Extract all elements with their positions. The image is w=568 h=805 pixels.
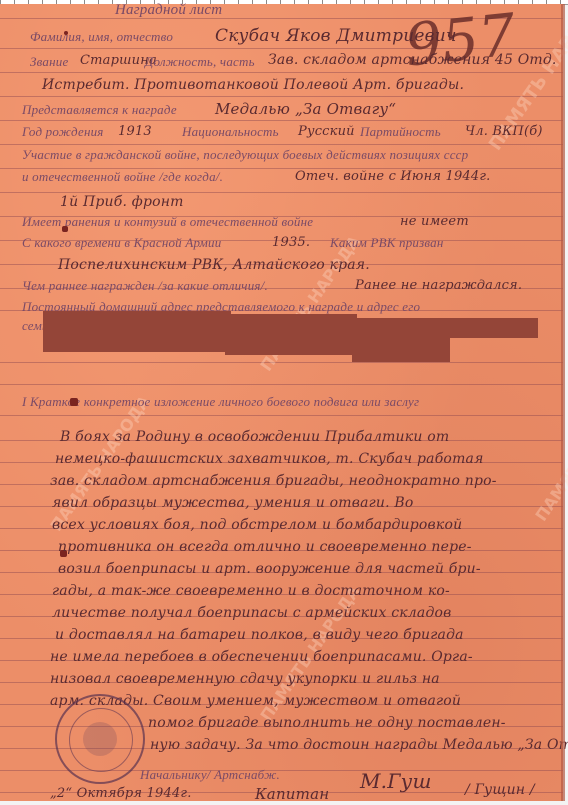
rvk-label: Каким РВК призван — [330, 235, 444, 251]
rule-line — [0, 96, 563, 97]
signature-title-label: Начальнику/ Артснабж. — [140, 767, 280, 783]
ink-blot — [70, 398, 78, 406]
ink-blot — [62, 226, 68, 232]
narrative-line: противника он всегда отлично и своевреме… — [58, 539, 472, 555]
narrative-line: ную задачу. За что достоин награды Медал… — [150, 737, 568, 753]
patriotic-war-value: Отеч. войне с Июня 1944г. — [295, 169, 490, 184]
rule-line — [0, 384, 563, 385]
rank-label: Звание — [30, 54, 68, 70]
narrative-line: гады, а так-же своевременно и в достаточ… — [52, 583, 450, 599]
narrative-line: и доставлял на батареи полков, в виду че… — [55, 627, 464, 643]
birth-year-value: 1913 — [118, 124, 152, 139]
rule-line — [0, 362, 563, 363]
signer-name: / Гущин / — [465, 782, 535, 798]
page-edge-shadow — [561, 4, 565, 801]
narrative-line: зав. складом артснабжения бригады, неодн… — [50, 473, 497, 489]
nationality-value: Русский — [298, 124, 355, 139]
narrative-line: явил образцы мужества, умения и отваги. … — [52, 495, 414, 511]
nationality-label: Национальность — [182, 124, 279, 140]
narrative-line: В боях за Родину в освобождении Прибалти… — [60, 429, 449, 445]
ink-blot — [64, 31, 68, 35]
front-value: 1й Приб. фронт — [60, 194, 184, 210]
seal-emblem-icon — [83, 722, 117, 756]
position-value: Зав. складом артснабжения 45 Отд. — [268, 52, 557, 68]
signature-scribble: М.Гуш — [360, 769, 432, 793]
full-name-value: Скубач Яков Дмитриевич — [215, 26, 457, 46]
narrative-line: личестве получал боеприпасы с армейских … — [52, 605, 452, 621]
section-heading: I Краткое конкретное изложение личного б… — [22, 394, 419, 410]
narrative-line: немецко-фашистских захватчиков, т. Скуба… — [55, 451, 484, 467]
army-since-value: 1935. — [272, 235, 310, 250]
position-label: Должность, часть — [145, 54, 255, 70]
civil-war-label: Участие в гражданской войне, последующих… — [22, 147, 468, 163]
award-label: Представляется к награде — [22, 102, 177, 118]
redacted-address-block — [43, 311, 231, 352]
wounds-value: не имеет — [400, 214, 469, 229]
rule-line — [0, 120, 563, 121]
signature-rank: Капитан — [255, 785, 329, 803]
narrative-line: низовал своевременную сдачу укупорки и г… — [50, 671, 440, 687]
redacted-address-block — [352, 338, 450, 362]
rule-line — [0, 415, 563, 416]
full-name-label: Фамилия, имя, отчество — [30, 29, 173, 45]
rule-line — [0, 192, 563, 193]
narrative-line: не имела перебоев в обеспечении боеприпа… — [50, 649, 473, 665]
official-seal-stamp — [55, 694, 145, 784]
prior-awards-value: Ранее не награждался. — [355, 278, 522, 293]
document-title: Наградной лист — [115, 2, 222, 19]
prior-awards-label: Чем раннее награжден /за какие отличия/. — [22, 278, 268, 294]
army-since-label: С какого времени в Красной Армии — [22, 235, 221, 251]
award-value: Медалью „За Отвагу“ — [215, 100, 396, 118]
signature-date: „2“ Октября 1944г. — [50, 786, 192, 801]
rvk-value: Поспелихинским РВК, Алтайского края. — [58, 257, 370, 273]
patriotic-war-label: и отечественной войне /где когда/. — [22, 169, 223, 185]
party-value: Чл. ВКП(б) — [465, 124, 543, 139]
birth-year-label: Год рождения — [22, 124, 104, 140]
narrative-line: возил боеприпасы и арт. вооружение для ч… — [58, 561, 481, 577]
party-label: Партийность — [360, 124, 441, 140]
award-sheet-page: ПАМЯТЬ НАРОДА ПАМЯТЬ НАРОДА ПАМЯТЬ НАРОД… — [0, 4, 563, 801]
narrative-line: всех условиях боя, под обстрелом и бомба… — [52, 517, 462, 533]
redacted-address-block — [225, 314, 357, 355]
position-value-cont: Истребит. Противотанковой Полевой Арт. б… — [42, 77, 464, 93]
rule-line — [0, 144, 563, 145]
redacted-address-block — [352, 318, 538, 338]
narrative-line: помог бригаде выполнить не одну поставле… — [148, 715, 506, 731]
